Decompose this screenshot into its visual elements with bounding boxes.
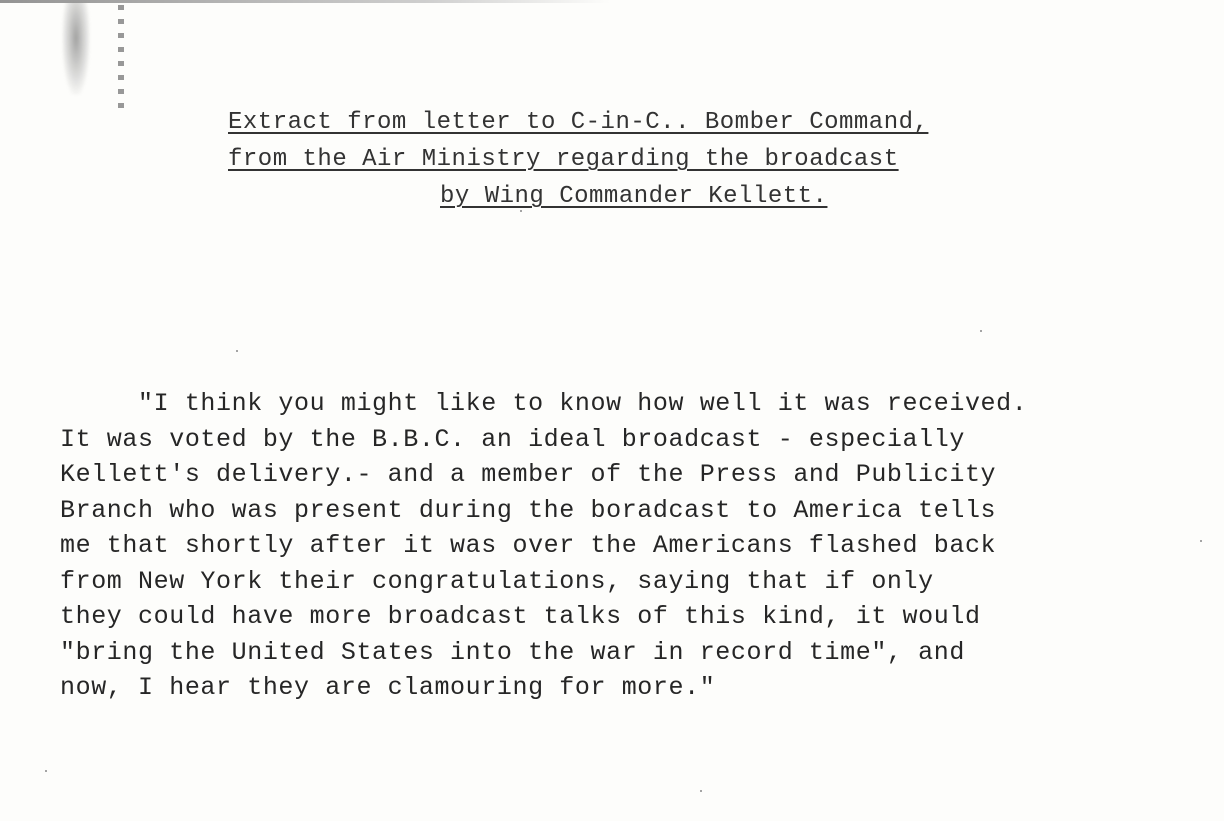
body-line: "bring the United States into the war in… — [60, 635, 1027, 671]
scan-speck — [236, 350, 238, 352]
scan-speck — [520, 210, 522, 212]
body-line: they could have more broadcast talks of … — [60, 599, 1027, 635]
body-line: Kellett's delivery.- and a member of the… — [60, 457, 1027, 493]
scanned-document-page: Extract from letter to C-in-C.. Bomber C… — [0, 0, 1224, 821]
body-line: me that shortly after it was over the Am… — [60, 528, 1027, 564]
body-line: from New York their congratulations, say… — [60, 564, 1027, 600]
heading-line-2: from the Air Ministry regarding the broa… — [228, 141, 899, 178]
scan-top-edge-artifact — [0, 0, 610, 3]
heading-line-3: by Wing Commander Kellett. — [440, 178, 827, 215]
body-line: "I think you might like to know how well… — [60, 386, 1027, 422]
body-line: It was voted by the B.B.C. an ideal broa… — [60, 422, 1027, 458]
scan-speck — [980, 330, 982, 332]
body-line: Branch who was present during the boradc… — [60, 493, 1027, 529]
staple-mark — [62, 0, 90, 95]
letter-extract-body: "I think you might like to know how well… — [60, 386, 1027, 706]
scan-speck — [700, 790, 702, 792]
punch-hole-marks — [118, 5, 124, 115]
scan-speck — [45, 770, 47, 772]
scan-speck — [1200, 540, 1202, 542]
body-line: now, I hear they are clamouring for more… — [60, 670, 1027, 706]
heading-line-1: Extract from letter to C-in-C.. Bomber C… — [228, 104, 928, 141]
